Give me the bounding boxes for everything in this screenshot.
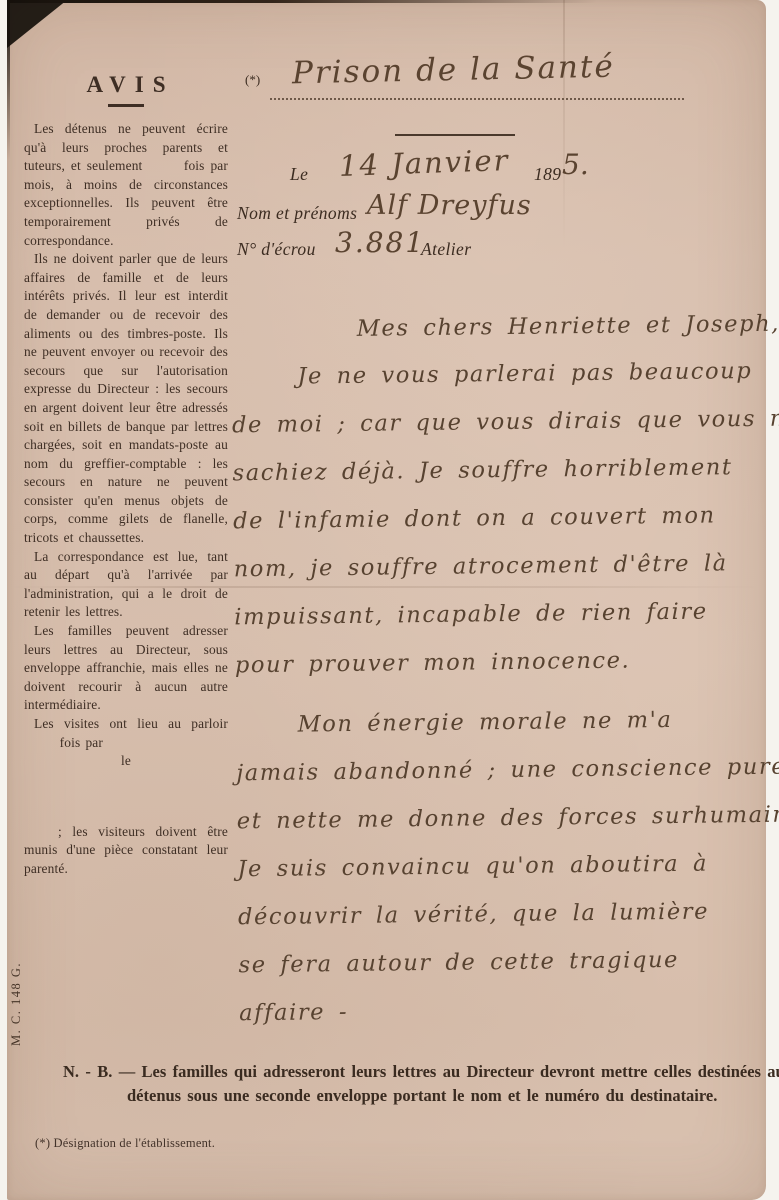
printer-imprint-vertical: M. C. 148 G. (9, 946, 24, 1046)
letter-line: découvrir la vérité, que la lumière (238, 887, 779, 942)
avis-visits-article: le (24, 752, 228, 771)
letter-line: jamais abandonné ; une conscience pure (236, 743, 779, 798)
letter-line: de moi ; car que vous dirais que vous ne (232, 395, 778, 450)
avis-title: AVIS (24, 72, 228, 98)
ecrou-number-handwriting: 3.881 (335, 226, 425, 259)
scan-corner-shadow (7, 0, 67, 48)
date-label: Le (290, 164, 308, 185)
letter-document-sheet: AVIS Les détenus ne peuvent écrire qu'à … (7, 0, 766, 1200)
avis-paragraph-families: Les familles peuvent adresser leurs lett… (24, 622, 228, 715)
year-printed: 189 (534, 164, 561, 185)
avis-paragraph-restrictions: Ils ne doivent parler que de leurs affai… (24, 250, 228, 548)
scan-edge-left-shadow (7, 0, 10, 160)
letter-line: de l'infamie dont on a couvert mon (233, 491, 779, 546)
header-divider-rule (395, 134, 515, 136)
letter-line: impuissant, incapable de rien faire (234, 587, 779, 642)
nb-note: N. - B. — Les familles qui adresseront l… (63, 1060, 779, 1107)
avis-paragraph-visitors: ; les visiteurs doivent être munis d'une… (24, 823, 228, 879)
avis-paragraph-detainees: Les détenus ne peuvent écrire qu'à leurs… (24, 120, 228, 250)
letter-line: affaire - (239, 983, 779, 1038)
avis-notice: AVIS Les détenus ne peuvent écrire qu'à … (24, 72, 228, 879)
letter-line: Mon énergie morale ne m'a (297, 695, 779, 749)
letter-line: Je suis convaincu qu'on aboutira à (237, 839, 779, 894)
name-field-label: Nom et prénoms (237, 203, 357, 224)
establishment-handwriting: Prison de la Santé (292, 49, 615, 92)
fold-crease-vertical (563, 0, 565, 250)
avis-paragraph-visits: Les visites ont lieu au parloir fois par (24, 715, 228, 752)
year-digit-handwriting: 5. (562, 148, 589, 181)
letter-line: pour prouver mon innocence. (235, 635, 779, 690)
letter-line: nom, je souffre atrocement d'être là (233, 539, 779, 594)
letter-line: Je ne vous parlerai pas beaucoup (297, 347, 777, 401)
letter-line: et nette me donne des forces surhumaines… (237, 791, 779, 846)
avis-paragraph-correspondence: La correspondance est lue, tant au dépar… (24, 548, 228, 622)
avis-divider (108, 104, 144, 107)
footnote-marker: (*) (245, 72, 260, 88)
letter-line: sachiez déjà. Je souffre horriblement (232, 443, 778, 498)
date-handwriting: 14 Janvier (338, 143, 509, 183)
letter-body: Mes chers Henriette et Joseph, Je ne vou… (231, 301, 779, 1038)
letter-salutation: Mes chers Henriette et Joseph, (357, 301, 777, 352)
establishment-footnote: (*) Désignation de l'établissement. (35, 1136, 215, 1151)
name-handwriting: Alf Dreyfus (367, 190, 532, 221)
scan-edge-top-shadow (7, 0, 597, 3)
letter-line: se fera autour de cette tragique (238, 935, 779, 990)
atelier-field-label: Atelier (421, 239, 471, 260)
ecrou-field-label: N° d'écrou (237, 239, 316, 260)
